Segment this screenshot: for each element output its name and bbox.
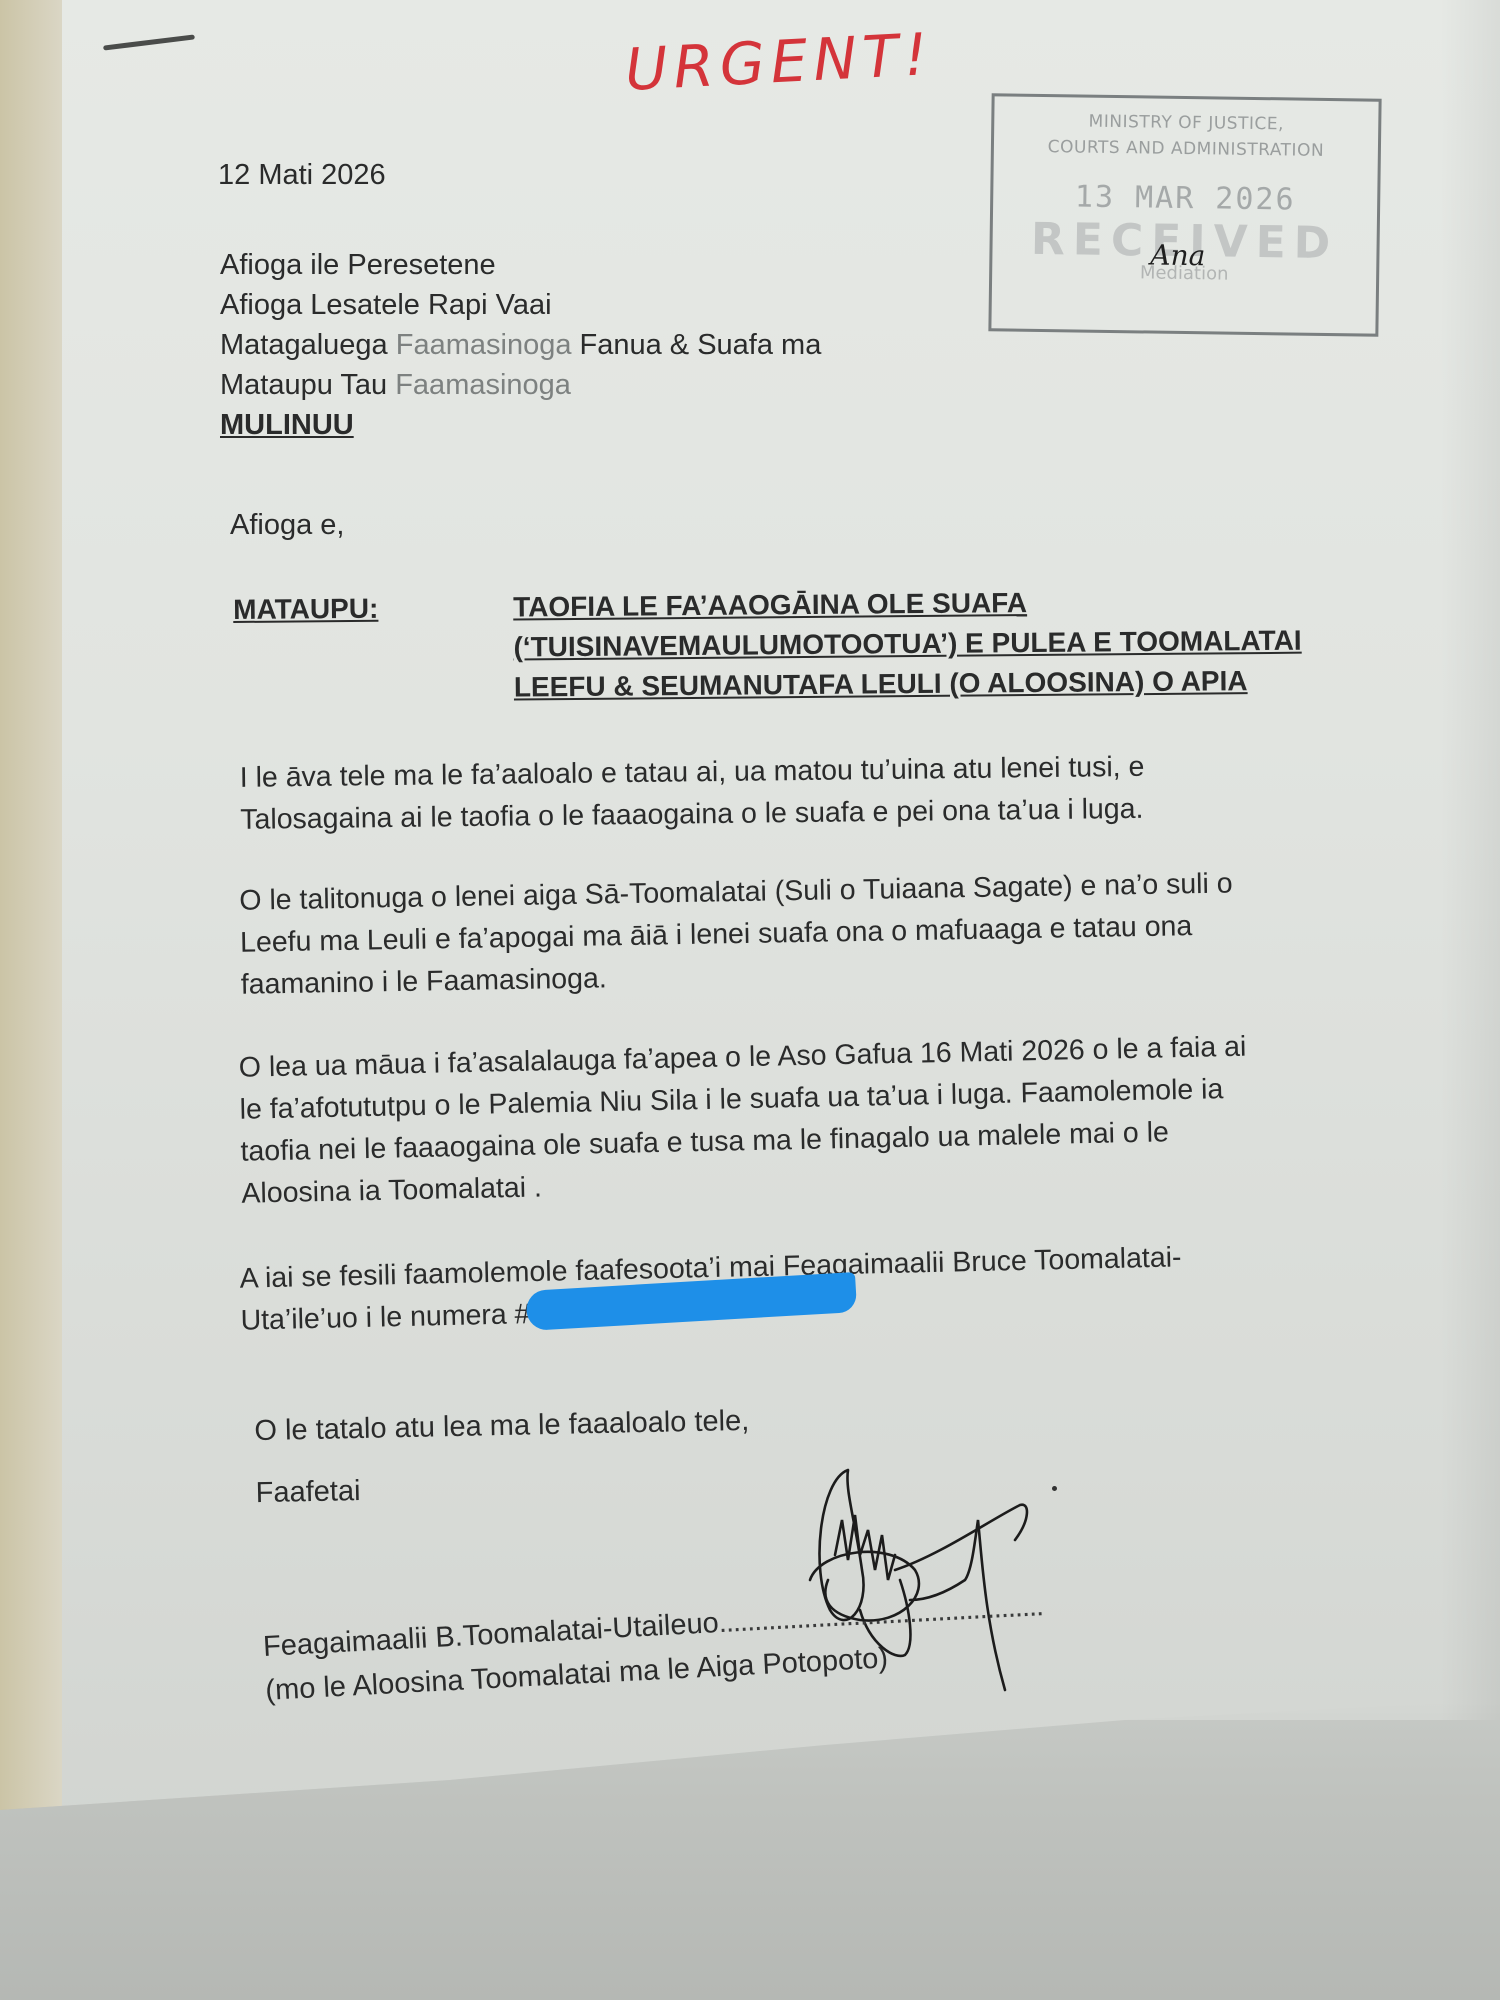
stamp-courts: COURTS AND ADMINISTRATION <box>994 136 1378 161</box>
page-shadow <box>1440 0 1500 1830</box>
addressee-block: Afioga ile Peresetene Afioga Lesatele Ra… <box>220 245 821 445</box>
received-stamp: MINISTRY OF JUSTICE, COURTS AND ADMINIST… <box>988 93 1381 336</box>
subject-label: MATAUPU: <box>233 589 378 630</box>
subject-line: LEEFU & SEUMANUTAFA LEULI (O ALOOSINA) O… <box>514 660 1414 708</box>
stamp-initials: Ana <box>1150 239 1205 273</box>
addressee-text-faded: Faamasinoga <box>396 329 572 361</box>
paragraph-3: O lea ua māua i fa’asalalauga fa’apea o … <box>238 1023 1361 1214</box>
addressee-line: Afioga Lesatele Rapi Vaai <box>220 285 821 325</box>
stamp-ministry: MINISTRY OF JUSTICE, <box>994 110 1378 135</box>
addressee-place: MULINUU <box>220 405 821 445</box>
addressee-line: Afioga ile Peresetene <box>220 245 821 285</box>
addressee-text: Matagaluega <box>220 329 396 361</box>
greeting: Afioga e, <box>230 505 344 545</box>
paragraph-2: O le talitonuga o lenei aiga Sā-Toomalat… <box>239 860 1361 1006</box>
stamp-date: 13 MAR 2026 <box>993 178 1377 218</box>
subject-line: (‘TUISINAVEMAULUMOTOOTUA’) E PULEA E TOO… <box>513 620 1413 668</box>
addressee-text: Fanua & Suafa ma <box>571 329 821 361</box>
addressee-text-faded: Faamasinoga <box>395 369 571 401</box>
closing-line: Faafetai <box>255 1452 751 1524</box>
paragraph-1: I le āva tele ma le fa’aaloalo e tatau a… <box>240 743 1361 841</box>
letter-date: 12 Mati 2026 <box>218 155 386 195</box>
closing-line: O le tatalo atu lea ma le faaaloalo tele… <box>254 1390 750 1462</box>
addressee-text: Mataupu Tau <box>220 369 395 401</box>
table-surface <box>0 0 68 1830</box>
addressee-line: Mataupu Tau Faamasinoga <box>220 365 821 405</box>
closing-block: O le tatalo atu lea ma le faaaloalo tele… <box>254 1390 751 1524</box>
subject-lines: TAOFIA LE FA’AAOGĀINA OLE SUAFA (‘TUISIN… <box>513 580 1414 708</box>
contact-text: Uta’ile’uo i le numera # <box>240 1298 531 1337</box>
stray-ink-dot <box>1052 1486 1057 1491</box>
addressee-line: Matagaluega Faamasinoga Fanua & Suafa ma <box>220 325 821 365</box>
